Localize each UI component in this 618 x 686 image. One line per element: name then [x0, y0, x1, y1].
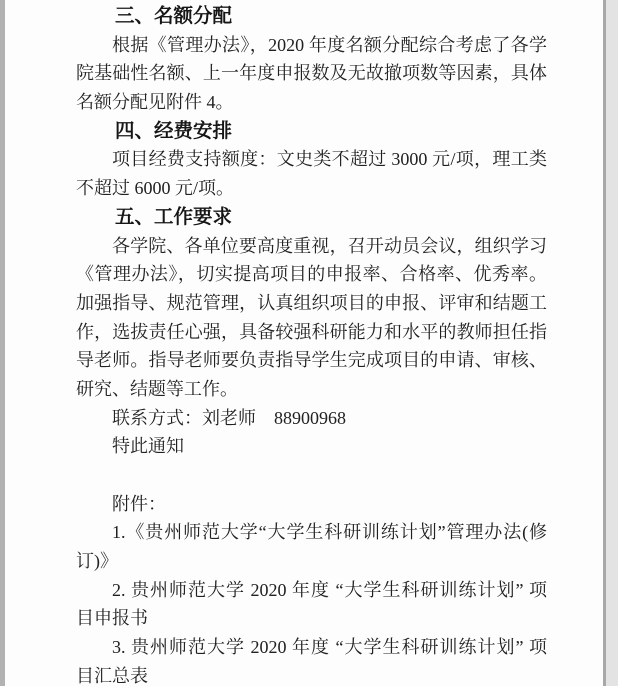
document-page: 三、名额分配 根据《管理办法》，2020 年度名额分配综合考虑了各学 院基础性名… [0, 0, 618, 686]
notice-closing-line: 特此通知 [76, 432, 547, 461]
para-funding-line: 项目经费支持额度：文史类不超过 3000 元/项，理工类 [76, 145, 547, 174]
contact-info-line: 联系方式：刘老师 88900968 [76, 404, 547, 433]
section-heading-quota-allocation: 三、名额分配 [76, 2, 547, 31]
blank-line [76, 461, 547, 490]
para-requirements-line: 各学院、各单位要高度重视，召开动员会议，组织学习 [76, 232, 547, 261]
attachment-item-1-line-1: 1.《贵州师范大学“大学生科研训练计划”管理办法(修 [76, 518, 547, 547]
section-heading-work-requirements: 五、工作要求 [76, 203, 547, 232]
para-requirements-line: 作，选拔责任心强，具备较强科研能力和水平的教师担任指 [76, 318, 547, 347]
scan-left-edge [0, 0, 5, 686]
para-requirements-line: 研究、结题等工作。 [76, 375, 547, 404]
attachment-item-1-line-2: 订)》 [76, 547, 547, 576]
attachment-item-2-line-1: 2. 贵州师范大学 2020 年度 “大学生科研训练计划” 项 [76, 576, 547, 605]
attachment-item-3-line-1: 3. 贵州师范大学 2020 年度 “大学生科研训练计划” 项 [76, 633, 547, 662]
para-quota-line: 根据《管理办法》，2020 年度名额分配综合考虑了各学 [76, 31, 547, 60]
para-quota-line: 名额分配见附件 4。 [76, 88, 547, 117]
para-quota-line: 院基础性名额、上一年度申报数及无故撤项数等因素，具体 [76, 59, 547, 88]
para-requirements-line: 导老师。指导老师要负责指导学生完成项目的申请、审核、 [76, 346, 547, 375]
attachment-item-2-line-2: 目申报书 [76, 604, 547, 633]
para-requirements-line: 《管理办法》，切实提高项目的申报率、合格率、优秀率。 [76, 260, 547, 289]
scan-right-edge-margin [606, 0, 618, 686]
para-funding-line: 不超过 6000 元/项。 [76, 174, 547, 203]
attachments-label: 附件： [76, 490, 547, 519]
para-requirements-line: 加强指导、规范管理，认真组织项目的申报、评审和结题工 [76, 289, 547, 318]
section-heading-funding: 四、经费安排 [76, 117, 547, 146]
attachment-item-3-line-2: 目汇总表 [76, 662, 547, 686]
